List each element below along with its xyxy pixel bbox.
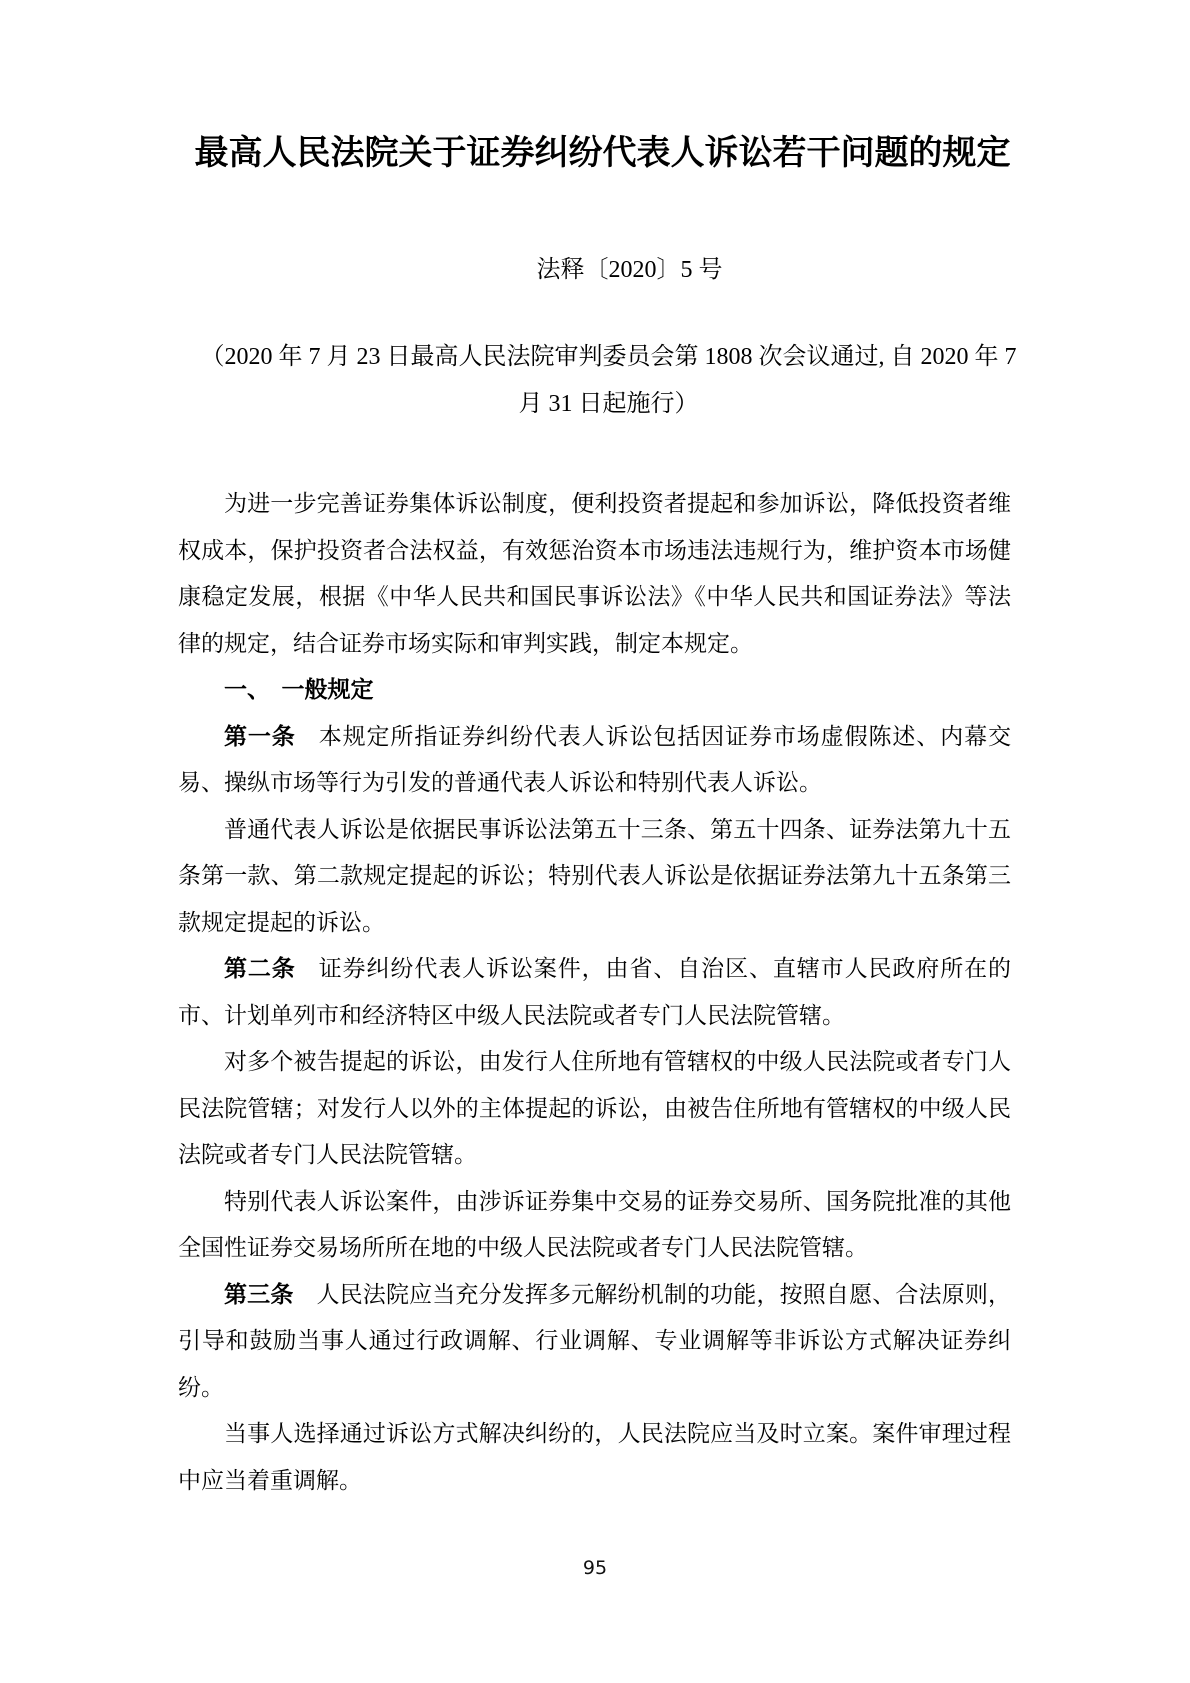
document-content: 最高人民法院关于证券纠纷代表人诉讼若干问题的规定 法释〔2020〕5 号 （20… <box>178 0 1011 1504</box>
article-3-paragraph-2: 当事人选择通过诉讼方式解决纠纷的，人民法院应当及时立案。案件审理过程中应当着重调… <box>178 1411 1011 1504</box>
article-3-paragraph-1: 第三条人民法院应当充分发挥多元解纷机制的功能，按照自愿、合法原则，引导和鼓励当事… <box>178 1272 1011 1412</box>
article-2-paragraph-3: 特别代表人诉讼案件，由涉诉证券集中交易的证券交易所、国务院批准的其他全国性证券交… <box>178 1179 1011 1272</box>
article-3-label: 第三条 <box>224 1282 316 1307</box>
document-body: 为进一步完善证券集体诉讼制度，便利投资者提起和参加诉讼，降低投资者维权成本，保护… <box>178 481 1011 1504</box>
article-1-label: 第一条 <box>224 724 319 749</box>
article-1-paragraph-1: 第一条本规定所指证券纠纷代表人诉讼包括因证券市场虚假陈述、内幕交易、操纵市场等行… <box>178 714 1011 807</box>
article-2-label: 第二条 <box>224 956 319 981</box>
document-number: 法释〔2020〕5 号 <box>213 255 1046 285</box>
intro-paragraph: 为进一步完善证券集体诉讼制度，便利投资者提起和参加诉讼，降低投资者维权成本，保护… <box>178 481 1011 667</box>
document-page: 最高人民法院关于证券纠纷代表人诉讼若干问题的规定 法释〔2020〕5 号 （20… <box>0 0 1190 1683</box>
section-1-heading: 一、 一般规定 <box>178 667 1011 714</box>
article-1-paragraph-2: 普通代表人诉讼是依据民事诉讼法第五十三条、第五十四条、证券法第九十五条第一款、第… <box>178 807 1011 947</box>
adoption-note: （2020 年 7 月 23 日最高人民法院审判委员会第 1808 次会议通过,… <box>192 334 1025 428</box>
adoption-note-line1: （2020 年 7 月 23 日最高人民法院审判委员会第 1808 次会议通过,… <box>192 334 1025 381</box>
article-2-paragraph-2: 对多个被告提起的诉讼，由发行人住所地有管辖权的中级人民法院或者专门人民法院管辖；… <box>178 1039 1011 1179</box>
adoption-note-line2: 月 31 日起施行） <box>192 381 1025 428</box>
document-title: 最高人民法院关于证券纠纷代表人诉讼若干问题的规定 <box>186 130 1019 178</box>
page-number: 95 <box>0 1556 1190 1580</box>
article-2-paragraph-1: 第二条证券纠纷代表人诉讼案件，由省、自治区、直辖市人民政府所在的市、计划单列市和… <box>178 946 1011 1039</box>
